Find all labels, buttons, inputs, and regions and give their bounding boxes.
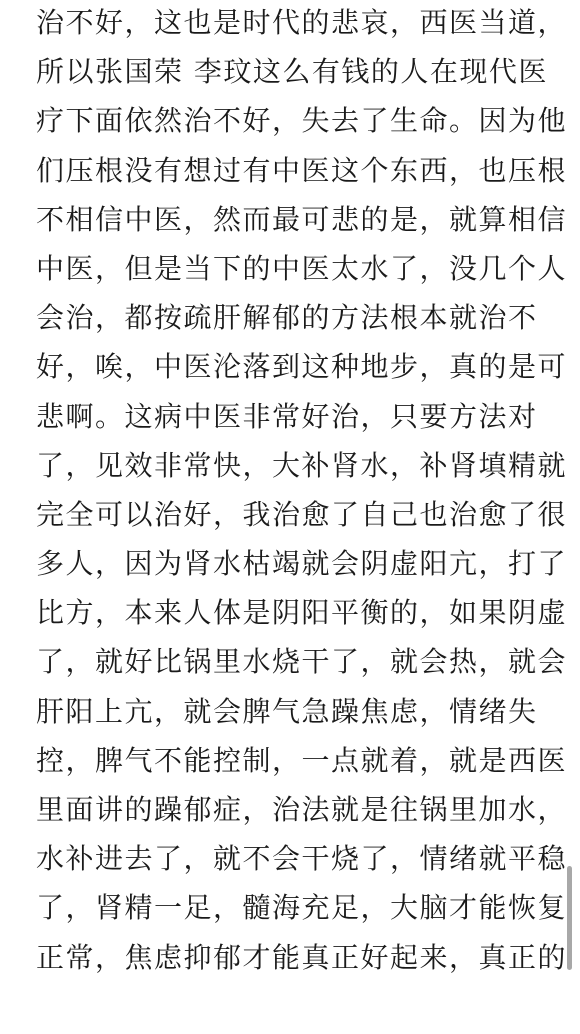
- text-line: 好，唉，中医沦落到这种地步，真的是可: [36, 344, 556, 393]
- text-line: 们压根没有想过有中医这个东西，也压根: [36, 148, 556, 197]
- text-line: 疗下面依然治不好，失去了生命。因为他: [36, 98, 556, 147]
- text-line: 水补进去了，就不会干烧了，情绪就平稳: [36, 836, 556, 885]
- text-line: 不相信中医，然而最可悲的是，就算相信: [36, 197, 556, 246]
- text-line: 所以张国荣 李玟这么有钱的人在现代医: [36, 49, 556, 98]
- text-line: 悲啊。这病中医非常好治，只要方法对: [36, 394, 556, 443]
- text-line: 中医，但是当下的中医太水了，没几个人: [36, 246, 556, 295]
- text-line: 控，脾气不能控制，一点就着，就是西医: [36, 738, 556, 787]
- text-line: 了，就好比锅里水烧干了，就会热，就会: [36, 639, 556, 688]
- text-line: 里面讲的躁郁症，治法就是往锅里加水，: [36, 787, 556, 836]
- text-line: 完全可以治好，我治愈了自己也治愈了很: [36, 492, 556, 541]
- scrollbar-thumb[interactable]: [567, 866, 572, 970]
- handwritten-text-body: 治不好，这也是时代的悲哀，西医当道， 所以张国荣 李玟这么有钱的人在现代医 疗下…: [36, 0, 556, 984]
- text-line: 多人，因为肾水枯竭就会阴虚阳亢，打了: [36, 541, 556, 590]
- document-page: 治不好，这也是时代的悲哀，西医当道， 所以张国荣 李玟这么有钱的人在现代医 疗下…: [0, 0, 580, 1034]
- text-line: 会治，都按疏肝解郁的方法根本就治不: [36, 295, 556, 344]
- text-line: 治不好，这也是时代的悲哀，西医当道，: [36, 0, 556, 49]
- text-line: 肝阳上亢，就会脾气急躁焦虑，情绪失: [36, 689, 556, 738]
- text-line: 了，肾精一足，髓海充足，大脑才能恢复: [36, 885, 556, 934]
- text-line: 正常，焦虑抑郁才能真正好起来，真正的: [36, 935, 556, 984]
- text-line: 了，见效非常快，大补肾水，补肾填精就: [36, 443, 556, 492]
- text-line: 比方，本来人体是阴阳平衡的，如果阴虚: [36, 590, 556, 639]
- vertical-scrollbar[interactable]: [560, 0, 580, 1034]
